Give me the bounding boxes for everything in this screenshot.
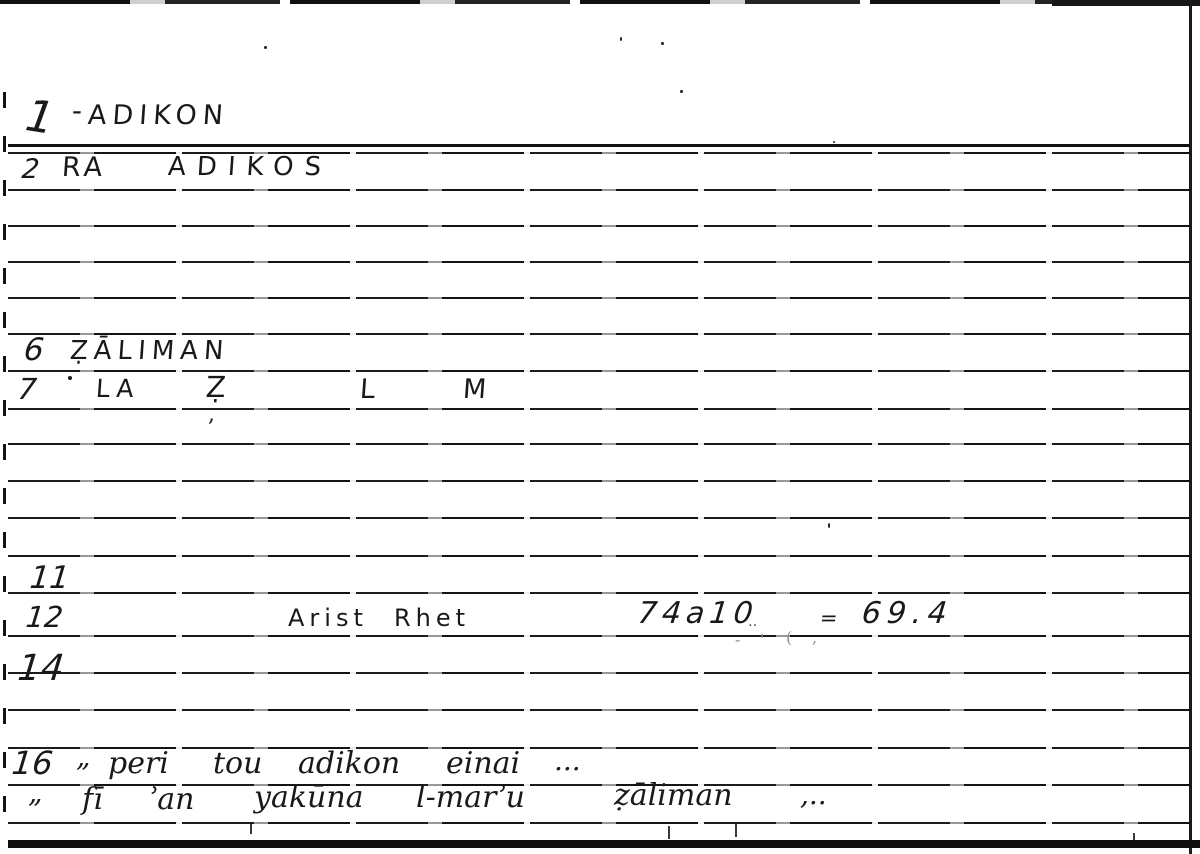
ruled-line: [8, 747, 1190, 749]
line-number-12: 12: [24, 600, 64, 634]
root-letter-lam: L: [359, 374, 376, 405]
citation-work: Rhet: [394, 604, 470, 632]
equals-sign: =: [819, 606, 839, 630]
arabic-phrase-word: ẓāliman: [614, 778, 733, 813]
pencil-mark: ,: [812, 628, 817, 647]
line-number-2: 2: [20, 154, 40, 185]
card-top-edge: [0, 0, 1200, 4]
ruled-line: [8, 408, 1190, 410]
ellipsis-mark: ...: [554, 744, 581, 777]
ruled-line: [8, 480, 1190, 482]
pencil-mark: -: [735, 630, 740, 649]
word-ra: RA: [61, 152, 107, 183]
bekker-reference: 74a10: [636, 596, 759, 631]
dash-mark: -: [71, 94, 83, 127]
speck: [620, 37, 622, 41]
greek-word-adikos: ADIKOS: [167, 152, 333, 182]
index-card: 1 - ADIKON 2 RA ADIKOS 6 ẒĀLIMAN 7 LA Ẓ …: [0, 0, 1200, 854]
card-left-edge: [3, 92, 6, 840]
pencil-mark: (: [786, 628, 792, 647]
line-number-7: 7: [16, 372, 38, 406]
citation-author: Arist: [288, 604, 368, 632]
greek-phrase-word: peri: [108, 746, 169, 781]
arabic-edition-reference: 69.4: [860, 596, 954, 631]
stray-ink-dot: [68, 376, 72, 380]
ruled-line: [8, 189, 1190, 191]
zeta-underdot-mark: ,: [208, 402, 215, 427]
ruled-line: [8, 144, 1190, 147]
tick-mark: [250, 824, 252, 834]
card-bottom-edge: [8, 840, 1200, 848]
root-letter-mim: M: [462, 374, 487, 405]
tick-mark: [668, 826, 670, 839]
line-number-1: 1: [22, 90, 58, 145]
arabic-phrase-word: fī: [82, 782, 103, 817]
card-top-edge-dark-segment: [1052, 0, 1200, 6]
greek-phrase-word: adikon: [298, 746, 400, 781]
greek-lemma-adikon: ADIKON: [87, 100, 230, 131]
ruled-line: [8, 297, 1190, 299]
arabic-phrase-word: l-marʾu: [416, 780, 525, 815]
card-right-edge: [1189, 0, 1192, 854]
speck: [833, 141, 835, 143]
low-dots-mark: ‥: [748, 614, 757, 630]
line-number-11: 11: [28, 560, 71, 596]
tick-mark: [1133, 833, 1135, 840]
root-letter-za: Ẓ: [205, 370, 227, 404]
speck: [828, 523, 830, 528]
speck: [680, 90, 683, 93]
speck: [264, 46, 267, 49]
greek-phrase-word: tou: [213, 746, 262, 781]
trailing-punctuation: ,..: [800, 778, 827, 811]
leading-quote-mark: „: [28, 776, 43, 809]
arabic-word-zaliman: ẒĀLIMAN: [69, 336, 231, 366]
ruled-line: [8, 635, 1190, 637]
greek-phrase-word: einai: [446, 746, 520, 781]
tick-mark: [735, 824, 737, 837]
word-la: LA: [95, 374, 141, 403]
ruled-line: [8, 517, 1190, 519]
arabic-phrase-word: ʾan: [148, 782, 194, 817]
ruled-line: [8, 822, 1190, 824]
ruled-line: [8, 225, 1190, 227]
arabic-phrase-word: yakūna: [254, 780, 364, 815]
ruled-line: [8, 672, 1190, 674]
line-number-6: 6: [22, 332, 46, 368]
ruled-line: [8, 333, 1190, 335]
ruled-line: [8, 370, 1190, 372]
ruled-line: [8, 592, 1190, 594]
ruled-line: [8, 555, 1190, 557]
speck: [661, 42, 664, 45]
line-number-14: 14: [16, 648, 66, 689]
leading-quote-mark: „: [76, 740, 91, 773]
ruled-line: [8, 261, 1190, 263]
pencil-mark: ': [760, 630, 764, 649]
ruled-line: [8, 443, 1190, 445]
ruled-line: [8, 709, 1190, 711]
